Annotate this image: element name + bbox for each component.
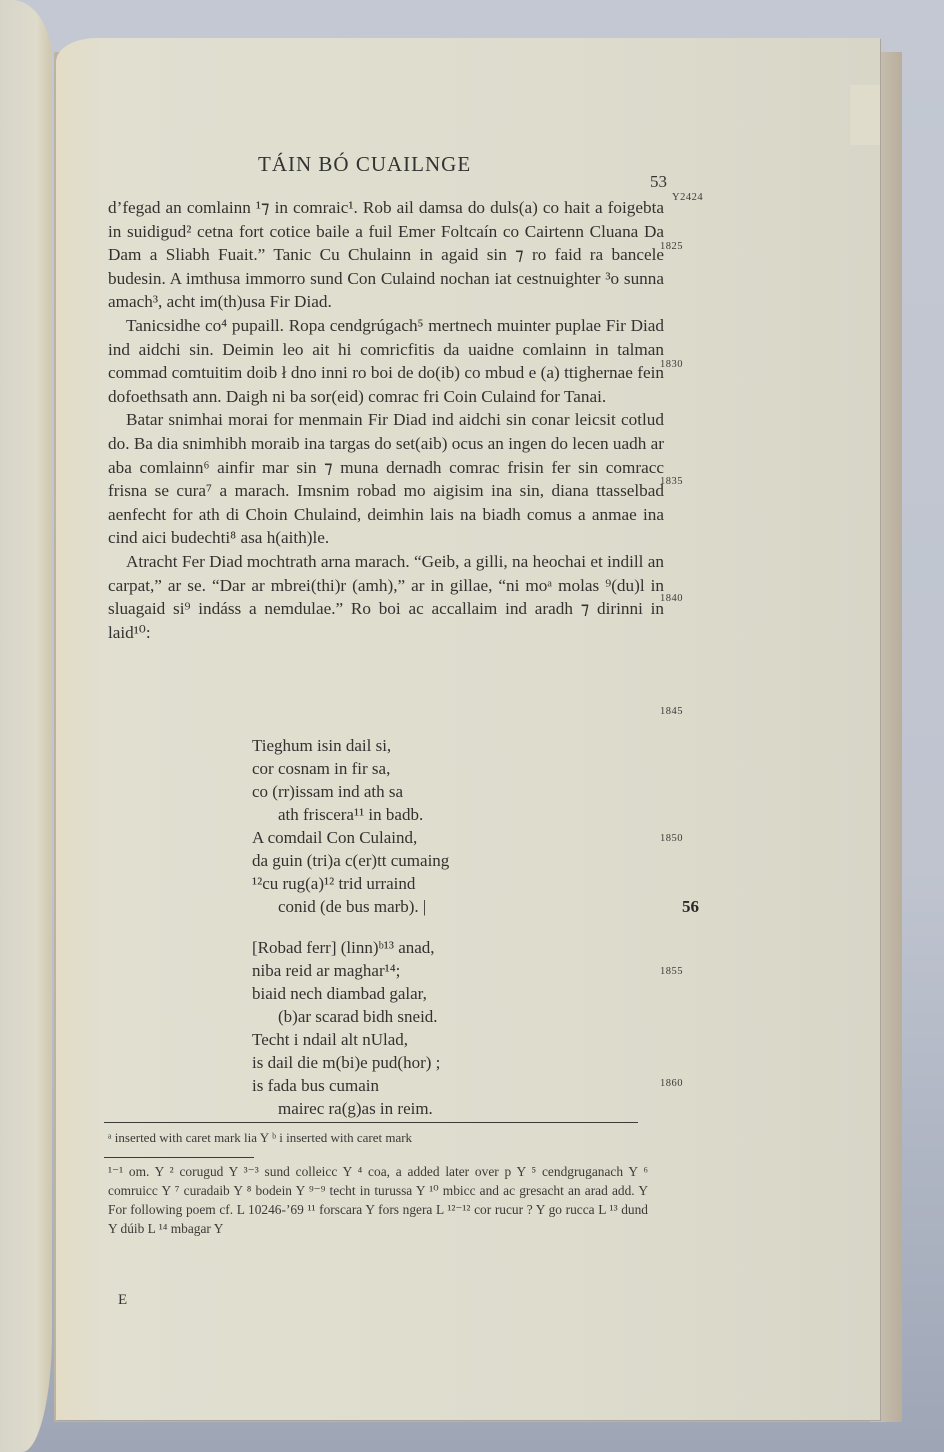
verse-line: A comdail Con Culaind, <box>252 826 449 849</box>
verse-line: ¹²cu rug(a)¹² trid urraind <box>252 872 449 895</box>
line-number: 1855 <box>660 966 683 977</box>
paragraph: d’fegad an comlainn ¹⁊ in comraic¹. Rob … <box>108 196 664 314</box>
verse-line: da guin (tri)a c(er)tt cumaing <box>252 849 449 872</box>
running-head: TÁIN BÓ CUAILNGE <box>258 152 471 177</box>
line-number: 1845 <box>660 706 683 717</box>
verse-line: cor cosnam in fir sa, <box>252 757 449 780</box>
prose-text: d’fegad an comlainn ¹⁊ in comraic¹. Rob … <box>108 196 664 644</box>
line-number: 1850 <box>660 833 683 844</box>
line-number: 1860 <box>660 1078 683 1089</box>
paragraph: Atracht Fer Diad mochtrath arna marach. … <box>108 550 664 644</box>
verse-line: niba reid ar maghar¹⁴; <box>252 959 440 982</box>
verse-line: [Robad ferr] (linn)ᵇ¹³ anad, <box>252 936 440 959</box>
signature-mark: E <box>118 1292 127 1309</box>
verse-line: Tieghum isin dail si, <box>252 734 449 757</box>
numbered-footnotes: ¹⁻¹ om. Y ² corugud Y ³⁻³ sund colleicc … <box>108 1162 648 1238</box>
verse-line: co (rr)issam ind ath sa <box>252 780 449 803</box>
verse-stanza-1: Tieghum isin dail si,cor cosnam in fir s… <box>252 734 449 918</box>
facing-left-page <box>0 0 52 1452</box>
verse-line: is fada bus cumain <box>252 1074 440 1097</box>
verse-line: ath friscera¹¹ in badb. <box>252 803 449 826</box>
verse-stanza-2: [Robad ferr] (linn)ᵇ¹³ anad,niba reid ar… <box>252 936 440 1120</box>
verse-line: biaid nech diambad galar, <box>252 982 440 1005</box>
paragraph: Tanicsidhe co⁴ pupaill. Ropa cendgrúgach… <box>108 314 664 408</box>
ms-reference: Y2424 <box>672 192 703 203</box>
verse-line: is dail die m(bi)e pud(hor) ; <box>252 1051 440 1074</box>
page-number: 53 <box>650 172 667 192</box>
verse-line: Techt i ndail alt nUlad, <box>252 1028 440 1051</box>
show-through-text <box>0 1062 10 1090</box>
verse-line: mairec ra(g)as in reim. <box>252 1097 440 1120</box>
page-flap <box>850 85 880 145</box>
folio-marker: 56 <box>682 897 699 917</box>
verse-line: (b)ar scarad bidh sneid. <box>252 1005 440 1028</box>
alpha-footnotes: ᵃ inserted with caret mark lia Y ᵇ i ins… <box>108 1130 412 1146</box>
footnote-short-rule <box>104 1157 254 1158</box>
footnote-rule <box>104 1122 638 1123</box>
paragraph: Batar snimhai morai for menmain Fir Diad… <box>108 408 664 550</box>
verse-line: conid (de bus marb). | <box>252 895 449 918</box>
